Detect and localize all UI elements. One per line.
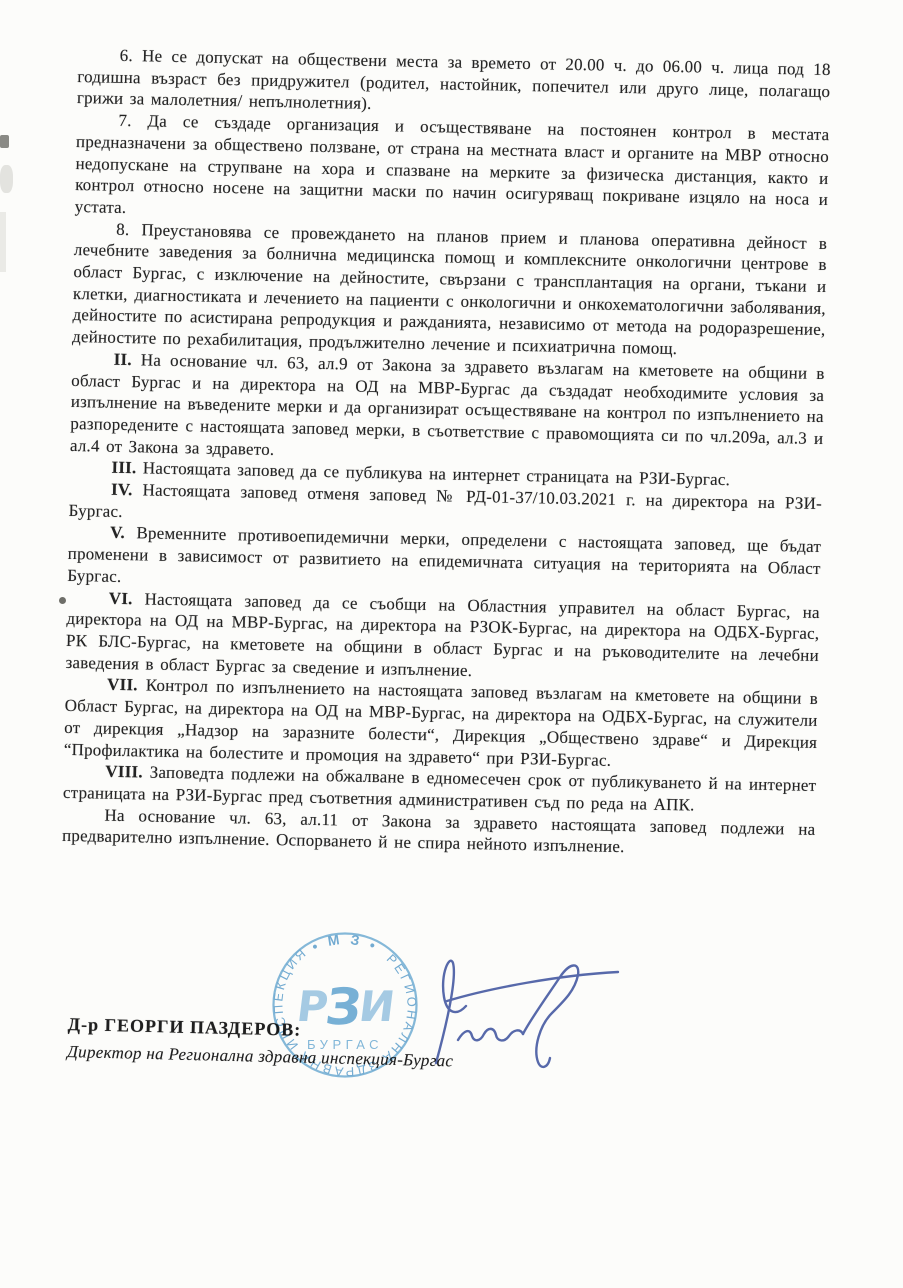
scan-artifact	[0, 135, 9, 148]
signature-stroke	[458, 1029, 523, 1041]
section-number: III.	[111, 458, 136, 477]
scan-artifact	[0, 165, 13, 193]
point-number: 6.	[120, 46, 134, 65]
point-number: 8.	[116, 219, 130, 238]
order-section-VI: VI. Настоящата заповед да се съобщи на О…	[65, 586, 820, 688]
order-section-II: II. На основание чл. 63, ал.9 от Закона …	[70, 348, 825, 472]
section-number: II.	[113, 350, 131, 369]
scan-artifact	[59, 597, 66, 604]
order-section-VII: VII. Контрол по изпълнението на настояща…	[64, 673, 819, 775]
handwritten-signature	[330, 920, 625, 1085]
section-number: VIII.	[105, 762, 143, 782]
document-body: 6. Не се допускат на обществени места за…	[62, 44, 831, 862]
scan-artifact	[0, 212, 6, 272]
section-number: IV.	[111, 480, 133, 499]
section-text: На основание чл. 63, ал.9 от Закона за з…	[70, 350, 825, 459]
order-point-8: 8. Преустановява се провеждането на план…	[72, 218, 827, 363]
section-number: V.	[110, 523, 125, 542]
section-text: Настоящата заповед да се съобщи на Облас…	[65, 589, 820, 680]
point-number: 7.	[118, 111, 132, 130]
point-text: Да се създаде организация и осъществяван…	[75, 112, 830, 217]
signature-stroke	[523, 965, 578, 1066]
signature-stroke	[436, 961, 466, 1063]
section-number: VII.	[107, 675, 138, 695]
scanned-document-page: 6. Не се допускат на обществени места за…	[0, 0, 903, 1288]
section-number: VI.	[109, 588, 133, 607]
signature-stroke	[447, 972, 618, 1001]
point-text: Не се допускат на обществени места за вр…	[77, 46, 831, 113]
order-point-7: 7. Да се създаде организация и осъществя…	[75, 109, 830, 233]
point-text: Преустановява се провеждането на планов …	[72, 220, 827, 358]
section-text: Контрол по изпълнението на настоящата за…	[64, 676, 819, 769]
